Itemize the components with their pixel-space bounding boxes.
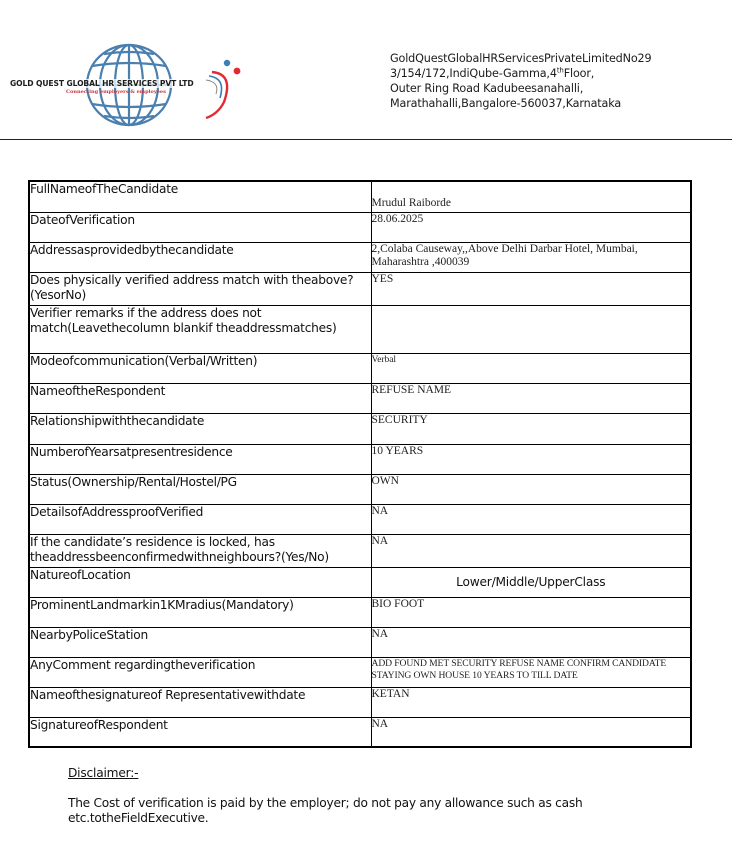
field-label: NearbyPoliceStation	[29, 627, 371, 657]
table-row: Addressasprovidedbythecandidate 2,Colaba…	[29, 242, 691, 272]
field-label: If the candidate’s residence is locked, …	[29, 534, 371, 567]
field-label: Addressasprovidedbythecandidate	[29, 242, 371, 272]
table-row: Status(Ownership/Rental/Hostel/PG OWN	[29, 474, 691, 504]
company-name: GOLD QUEST GLOBAL HR SERVICES PVT LTD	[10, 79, 194, 88]
field-label: DetailsofAddressproofVerified	[29, 504, 371, 534]
field-label: NatureofLocation	[29, 567, 371, 597]
field-value: 10 YEARS	[371, 444, 691, 474]
table-row: NameoftheRespondent REFUSE NAME	[29, 383, 691, 413]
company-address: GoldQuestGlobalHRServicesPrivateLimitedN…	[390, 51, 652, 111]
company-logo: GOLD QUEST GLOBAL HR SERVICES PVT LTD Co…	[6, 42, 242, 128]
company-tagline: Connecting employers & employees	[66, 89, 166, 95]
field-value: NA	[371, 504, 691, 534]
field-label: Verifier remarks if the address does not…	[29, 305, 371, 353]
address-line-2: 3/154/172,IndiQube-Gamma,4thFloor,	[390, 66, 652, 81]
field-label: NameoftheRespondent	[29, 383, 371, 413]
field-value: NA	[371, 627, 691, 657]
field-value: 28.06.2025	[371, 212, 691, 242]
field-label: ProminentLandmarkin1KMradius(Mandatory)	[29, 597, 371, 627]
field-label: SignatureofRespondent	[29, 717, 371, 747]
field-value: NA	[371, 534, 691, 567]
disclaimer-text: The Cost of verification is paid by the …	[68, 796, 668, 826]
address-line-3: Outer Ring Road Kadubeesanahalli,	[390, 81, 652, 96]
field-label: AnyComment regardingtheverification	[29, 657, 371, 687]
table-row: NearbyPoliceStation NA	[29, 627, 691, 657]
field-value: Lower/Middle/UpperClass	[371, 567, 691, 597]
table-row: NatureofLocation Lower/Middle/UpperClass	[29, 567, 691, 597]
table-row: DetailsofAddressproofVerified NA	[29, 504, 691, 534]
field-value: SECURITY	[371, 413, 691, 444]
field-value: OWN	[371, 474, 691, 504]
field-value: ADD FOUND MET SECURITY REFUSE NAME CONFI…	[371, 657, 691, 687]
address-line-4: Marathahalli,Bangalore-560037,Karnataka	[390, 96, 652, 111]
table-row: Modeofcommunication(Verbal/Written) Verb…	[29, 353, 691, 383]
field-label: Does physically verified address match w…	[29, 272, 371, 305]
header-divider	[0, 139, 732, 140]
table-row: FullNameofTheCandidate Mrudul Raiborde	[29, 181, 691, 212]
field-label: Nameofthesignatureof Representativewithd…	[29, 687, 371, 717]
field-label: Relationshipwiththecandidate	[29, 413, 371, 444]
table-row: DateofVerification 28.06.2025	[29, 212, 691, 242]
table-row: NumberofYearsatpresentresidence 10 YEARS	[29, 444, 691, 474]
table-row: SignatureofRespondent NA	[29, 717, 691, 747]
table-row: AnyComment regardingtheverification ADD …	[29, 657, 691, 687]
field-label: Status(Ownership/Rental/Hostel/PG	[29, 474, 371, 504]
field-value: YES	[371, 272, 691, 305]
field-label: FullNameofTheCandidate	[29, 181, 371, 212]
field-label: DateofVerification	[29, 212, 371, 242]
address-line-1: GoldQuestGlobalHRServicesPrivateLimitedN…	[390, 51, 652, 66]
table-row: Verifier remarks if the address does not…	[29, 305, 691, 353]
field-value: Mrudul Raiborde	[371, 181, 691, 212]
field-value	[371, 305, 691, 353]
field-value: NA	[371, 717, 691, 747]
field-value: REFUSE NAME	[371, 383, 691, 413]
table-row: Does physically verified address match w…	[29, 272, 691, 305]
field-label: Modeofcommunication(Verbal/Written)	[29, 353, 371, 383]
disclaimer-title: Disclaimer:-	[68, 766, 138, 780]
table-row: Nameofthesignatureof Representativewithd…	[29, 687, 691, 717]
table-row: ProminentLandmarkin1KMradius(Mandatory) …	[29, 597, 691, 627]
letterhead: GOLD QUEST GLOBAL HR SERVICES PVT LTD Co…	[0, 0, 732, 141]
field-value: KETAN	[371, 687, 691, 717]
field-label: NumberofYearsatpresentresidence	[29, 444, 371, 474]
table-row: Relationshipwiththecandidate SECURITY	[29, 413, 691, 444]
verification-form-table: FullNameofTheCandidate Mrudul Raiborde D…	[28, 180, 692, 748]
field-value: BIO FOOT	[371, 597, 691, 627]
field-value: Verbal	[371, 353, 691, 383]
table-row: If the candidate’s residence is locked, …	[29, 534, 691, 567]
field-value: 2,Colaba Causeway,,Above Delhi Darbar Ho…	[371, 242, 691, 272]
